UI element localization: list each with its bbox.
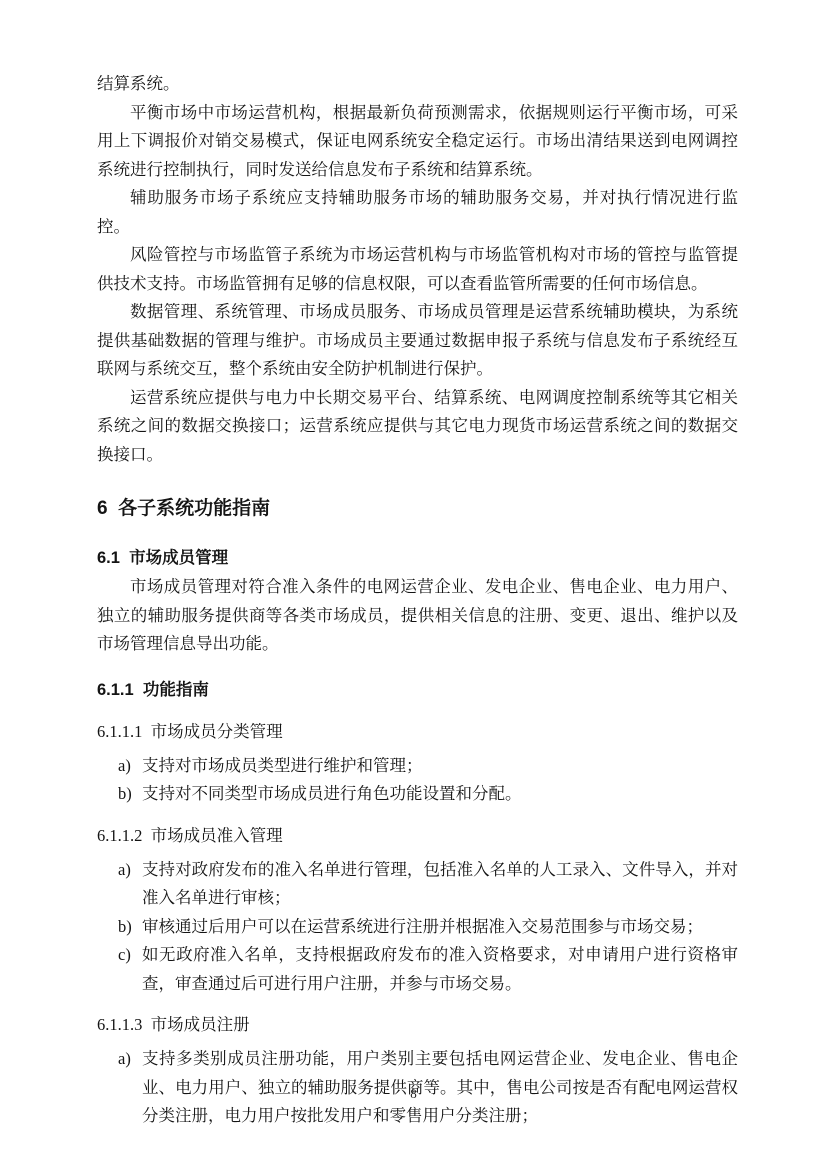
- section-6-1-1-2-heading: 6.1.1.2 市场成员准入管理: [97, 821, 738, 850]
- section-6-1-heading: 6.1 市场成员管理: [97, 544, 738, 573]
- list-item-text: 支持对市场成员类型进行维护和管理；: [142, 752, 738, 781]
- list-item-text: 如无政府准入名单，支持根据政府发布的准入资格要求，对申请用户进行资格审查，审查通…: [142, 941, 738, 998]
- list-6-1-1-1: a) 支持对市场成员类型进行维护和管理； b) 支持对不同类型市场成员进行角色功…: [97, 752, 738, 809]
- list-item: a) 支持对政府发布的准入名单进行管理，包括准入名单的人工录入、文件导入，并对准…: [97, 856, 738, 913]
- paragraph: 风险管控与市场监管子系统为市场运营机构与市场监管机构对市场的管控与监管提供技术支…: [97, 241, 738, 298]
- section-6-heading: 6 各子系统功能指南: [97, 494, 738, 524]
- document-page: 结算系统。 平衡市场中市场运营机构，根据最新负荷预测需求，依据规则运行平衡市场，…: [0, 0, 827, 1169]
- page-number: 8: [0, 1086, 827, 1102]
- list-item: c) 如无政府准入名单，支持根据政府发布的准入资格要求，对申请用户进行资格审查，…: [97, 941, 738, 998]
- list-item-label: a): [118, 856, 142, 913]
- paragraph: 市场成员管理对符合准入条件的电网运营企业、发电企业、售电企业、电力用户、独立的辅…: [97, 573, 738, 659]
- section-6-1-1-1-heading: 6.1.1.1 市场成员分类管理: [97, 717, 738, 746]
- list-item-label: b): [118, 913, 142, 942]
- list-6-1-1-2: a) 支持对政府发布的准入名单进行管理，包括准入名单的人工录入、文件导入，并对准…: [97, 856, 738, 999]
- list-item-label: b): [118, 780, 142, 809]
- paragraph: 结算系统。: [97, 70, 738, 99]
- paragraph: 辅助服务市场子系统应支持辅助服务市场的辅助服务交易，并对执行情况进行监控。: [97, 184, 738, 241]
- paragraph: 平衡市场中市场运营机构，根据最新负荷预测需求，依据规则运行平衡市场，可采用上下调…: [97, 99, 738, 185]
- paragraph: 运营系统应提供与电力中长期交易平台、结算系统、电网调度控制系统等其它相关系统之间…: [97, 384, 738, 470]
- list-item-text: 支持对政府发布的准入名单进行管理，包括准入名单的人工录入、文件导入，并对准入名单…: [142, 856, 738, 913]
- list-item: b) 审核通过后用户可以在运营系统进行注册并根据准入交易范围参与市场交易；: [97, 913, 738, 942]
- section-6-1-1-3-heading: 6.1.1.3 市场成员注册: [97, 1010, 738, 1039]
- list-item: a) 支持对市场成员类型进行维护和管理；: [97, 752, 738, 781]
- list-item-label: a): [118, 752, 142, 781]
- list-item-label: c): [118, 941, 142, 998]
- list-item-text: 审核通过后用户可以在运营系统进行注册并根据准入交易范围参与市场交易；: [142, 913, 738, 942]
- list-item: b) 支持对不同类型市场成员进行角色功能设置和分配。: [97, 780, 738, 809]
- list-item-text: 支持对不同类型市场成员进行角色功能设置和分配。: [142, 780, 738, 809]
- section-6-1-1-heading: 6.1.1 功能指南: [97, 676, 738, 705]
- paragraph: 数据管理、系统管理、市场成员服务、市场成员管理是运营系统辅助模块，为系统提供基础…: [97, 298, 738, 384]
